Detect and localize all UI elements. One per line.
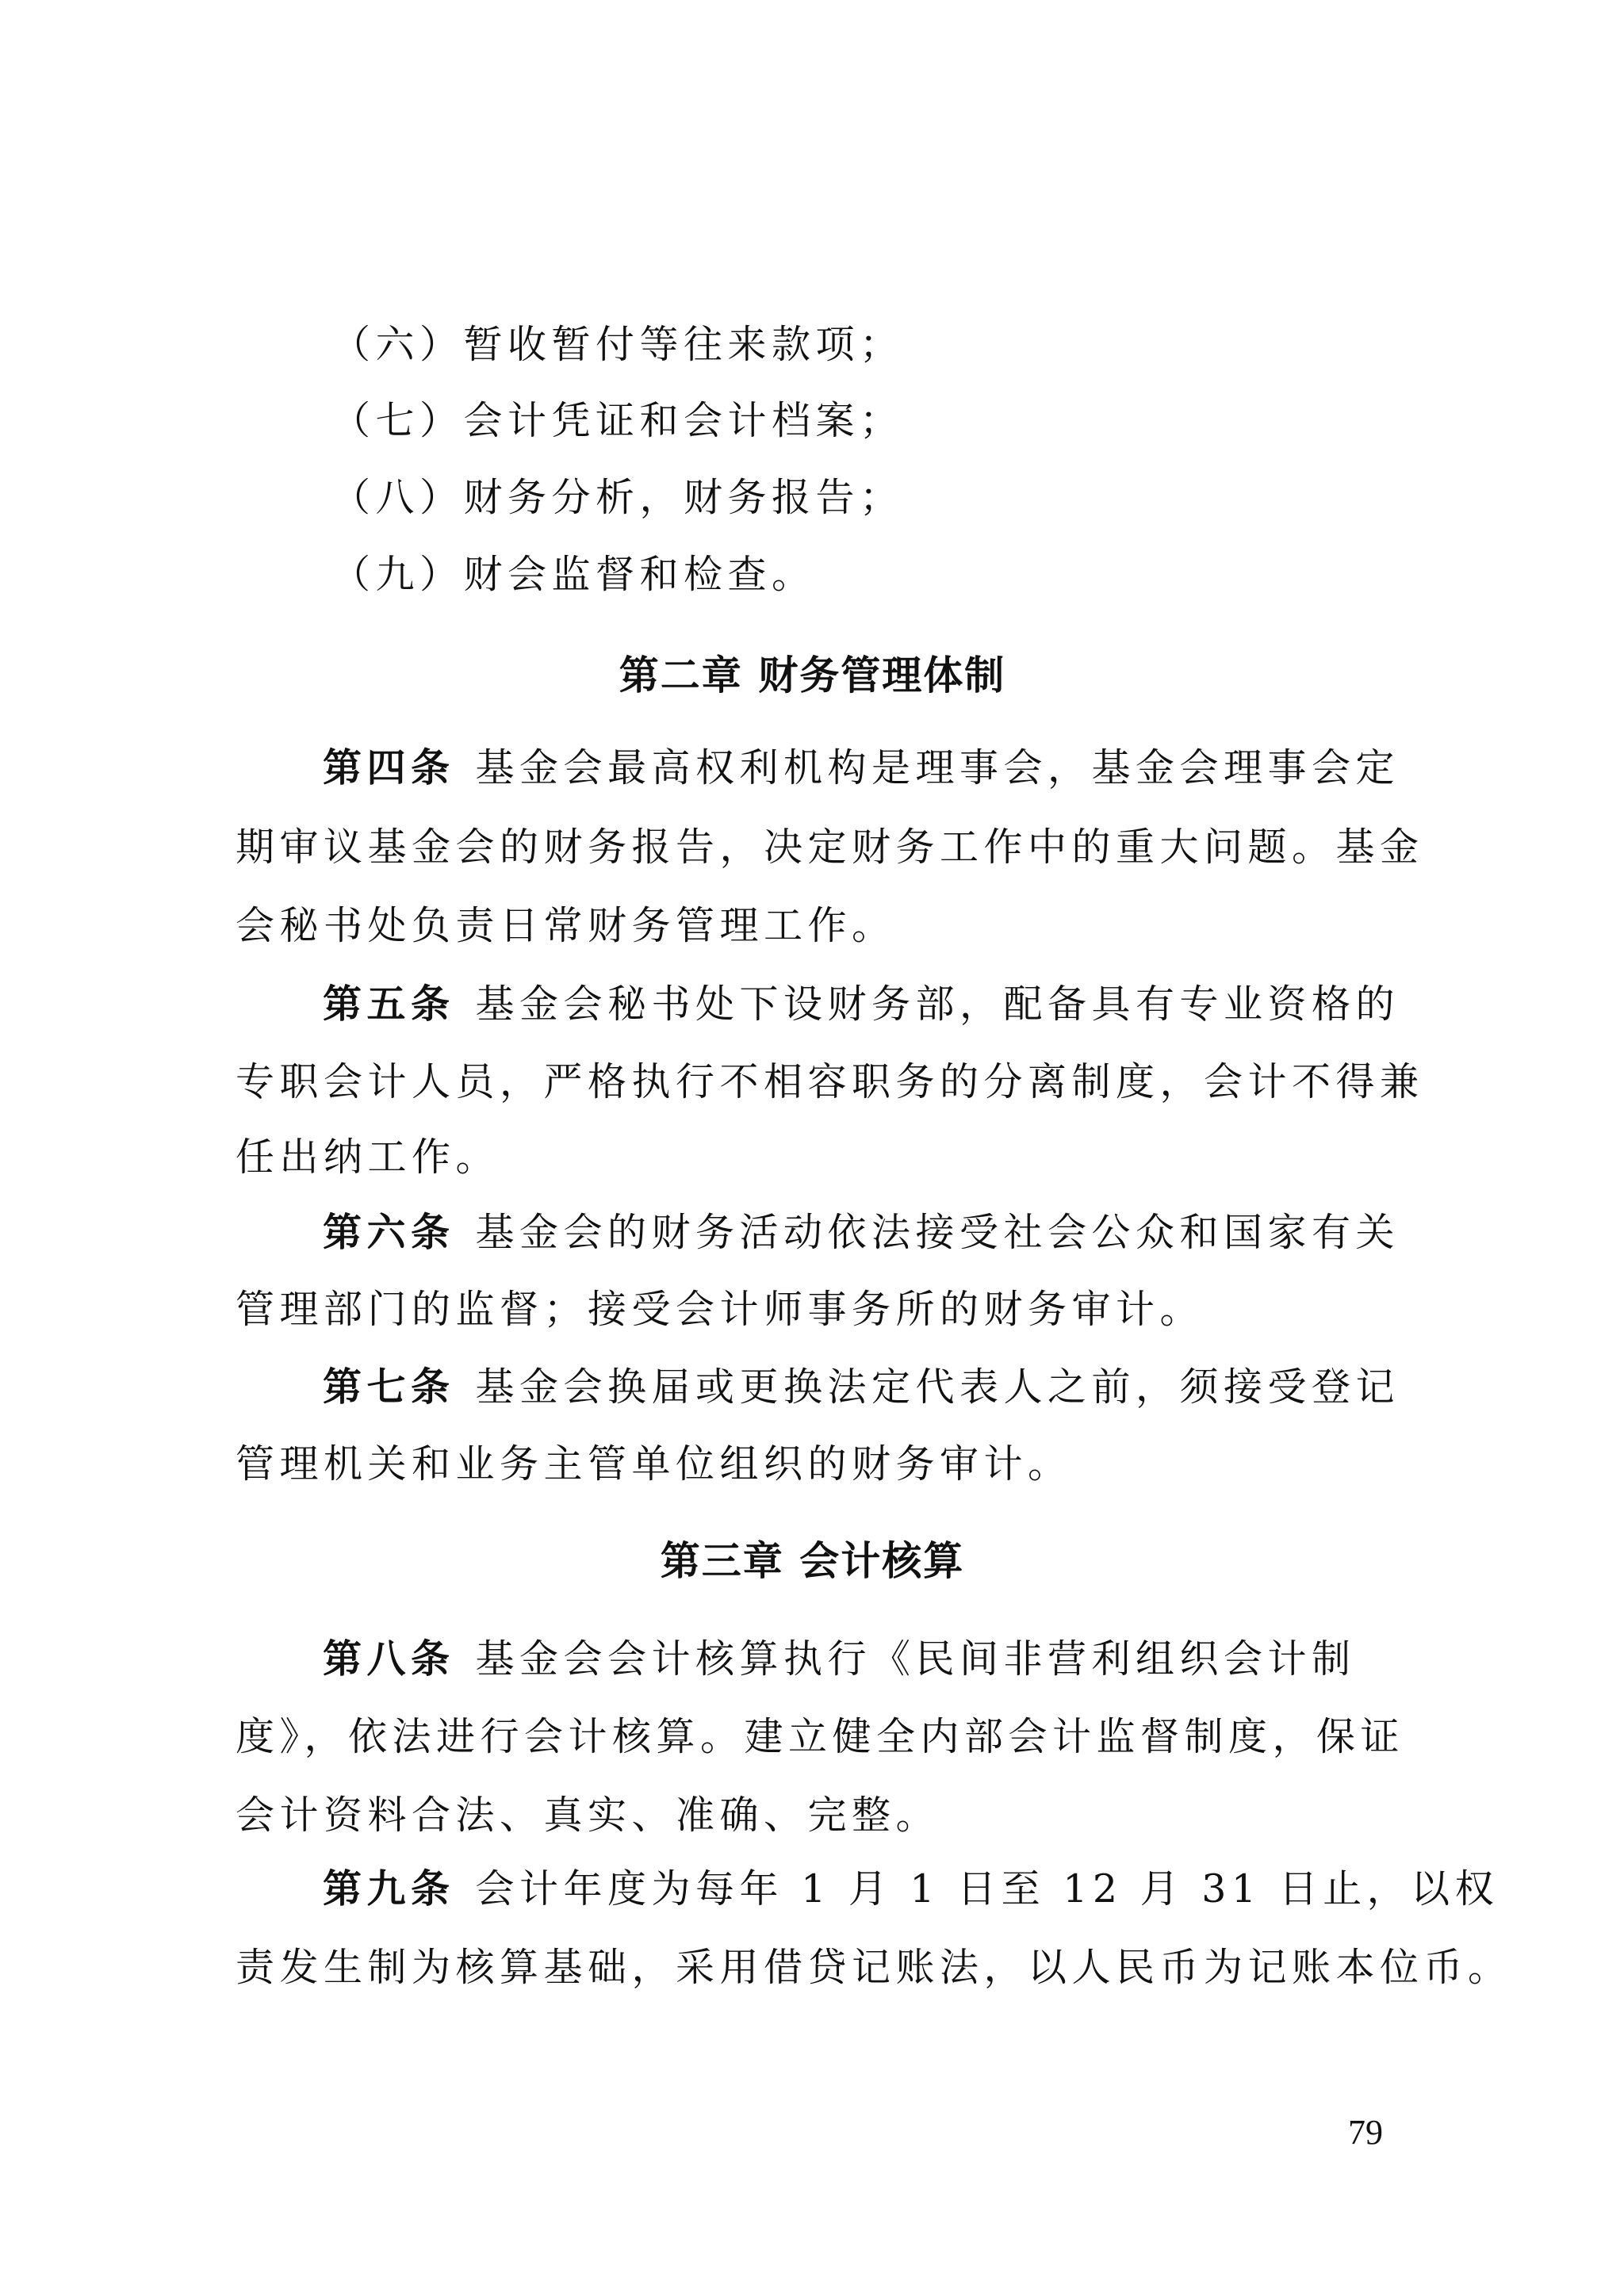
article-8-line-3: 会计资料合法、真实、准确、完整。 — [236, 1777, 1393, 1854]
article-8-line-1: 第八条基金会会计核算执行《民间非营利组织会计制 — [323, 1621, 1480, 1697]
article-8-line-2: 度》，依法进行会计核算。建立健全内部会计监督制度，保证 — [236, 1698, 1393, 1775]
list-item-6: （六）暂收暂付等往来款项； — [331, 306, 1489, 383]
article-5-text-1: 基金会秘书处下设财务部，配备具有专业资格的 — [476, 982, 1400, 1027]
article-5-line-3: 任出纳工作。 — [236, 1119, 1393, 1196]
list-item-8: （八）财务分析，财务报告； — [331, 459, 1489, 536]
article-4-line-1: 第四条基金会最高权利机构是理事会，基金会理事会定 — [323, 729, 1480, 806]
article-7-text-1: 基金会换届或更换法定代表人之前，须接受登记 — [476, 1364, 1400, 1410]
article-9-line-2: 责发生制为核算基础，采用借贷记账法，以人民币为记账本位币。 — [236, 1929, 1393, 2006]
article-6-line-1: 第六条基金会的财务活动依法接受社会公众和国家有关 — [323, 1194, 1480, 1271]
document-page: （六）暂收暂付等往来款项； （七）会计凭证和会计档案； （八）财务分析，财务报告… — [0, 0, 1624, 2296]
article-8-text-1: 基金会会计核算执行《民间非营利组织会计制 — [476, 1636, 1356, 1682]
article-7-line-2: 管理机关和业务主管单位组织的财务审计。 — [236, 1425, 1393, 1502]
article-5-line-1: 第五条基金会秘书处下设财务部，配备具有专业资格的 — [323, 966, 1480, 1043]
article-5-line-2: 专职会计人员，严格执行不相容职务的分离制度，会计不得兼 — [236, 1043, 1393, 1120]
chapter-2-heading: 第二章 财务管理体制 — [236, 637, 1389, 714]
article-4-text-1: 基金会最高权利机构是理事会，基金会理事会定 — [476, 745, 1400, 790]
article-9-text-1: 会计年度为每年 1 月 1 日至 12 月 31 日止，以权 — [476, 1866, 1500, 1911]
article-7-line-1: 第七条基金会换届或更换法定代表人之前，须接受登记 — [323, 1349, 1480, 1425]
article-6-number: 第六条 — [323, 1209, 455, 1255]
article-4-line-2: 期审议基金会的财务报告，决定财务工作中的重大问题。基金 — [236, 809, 1393, 886]
article-4-number: 第四条 — [323, 744, 455, 790]
article-4-line-3: 会秘书处负责日常财务管理工作。 — [236, 887, 1393, 964]
list-item-9: （九）财会监督和检查。 — [331, 536, 1489, 613]
article-6-line-2: 管理部门的监督；接受会计师事务所的财务审计。 — [236, 1271, 1393, 1348]
list-item-7: （七）会计凭证和会计档案； — [331, 382, 1489, 459]
article-9-number: 第九条 — [323, 1865, 455, 1911]
article-9-line-1: 第九条会计年度为每年 1 月 1 日至 12 月 31 日止，以权 — [323, 1850, 1480, 1927]
article-5-number: 第五条 — [323, 981, 455, 1027]
page-number: 79 — [1348, 2109, 1404, 2156]
article-6-text-1: 基金会的财务活动依法接受社会公众和国家有关 — [476, 1210, 1400, 1255]
article-7-number: 第七条 — [323, 1364, 455, 1410]
chapter-3-heading: 第三章 会计核算 — [236, 1523, 1389, 1600]
article-8-number: 第八条 — [323, 1636, 455, 1682]
